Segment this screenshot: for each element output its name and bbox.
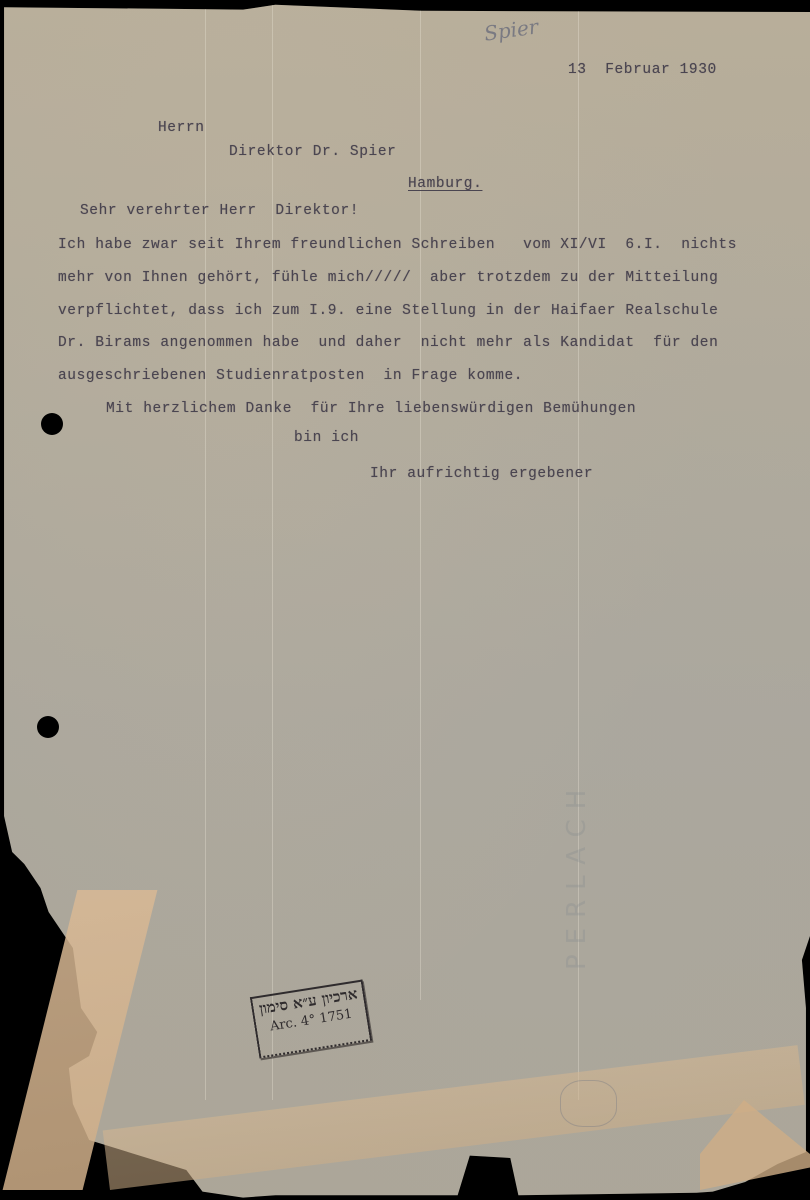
body-line: verpflichtet, dass ich zum I.9. eine Ste… [58,303,718,319]
paper-crease [272,0,273,1100]
recipient-name: Direktor Dr. Spier [229,144,396,160]
faint-watermark: PERLACH [562,130,590,970]
closing-signoff: Ihr aufrichtig ergebener [370,466,593,482]
paper-crease [205,0,206,1100]
body-line: Dr. Birams angenommen habe und daher nic… [58,335,718,351]
pencil-doodle [560,1080,617,1127]
punch-hole-lower [37,716,59,738]
closing-line: Mit herzlichem Danke für Ihre liebenswür… [106,401,636,417]
recipient-salutation: Herrn [158,120,205,136]
body-line: mehr von Ihnen gehört, fühle mich///// a… [58,270,718,286]
recipient-city: Hamburg. [408,176,482,192]
letter-date: 13 Februar 1930 [568,62,717,78]
letter-greeting: Sehr verehrter Herr Direktor! [80,203,359,219]
closing-line: bin ich [294,430,359,446]
paper-crease [420,0,421,1000]
punch-hole-upper [41,413,63,435]
body-line: ausgeschriebenen Studienratposten in Fra… [58,368,523,384]
body-line: Ich habe zwar seit Ihrem freundlichen Sc… [58,237,737,253]
